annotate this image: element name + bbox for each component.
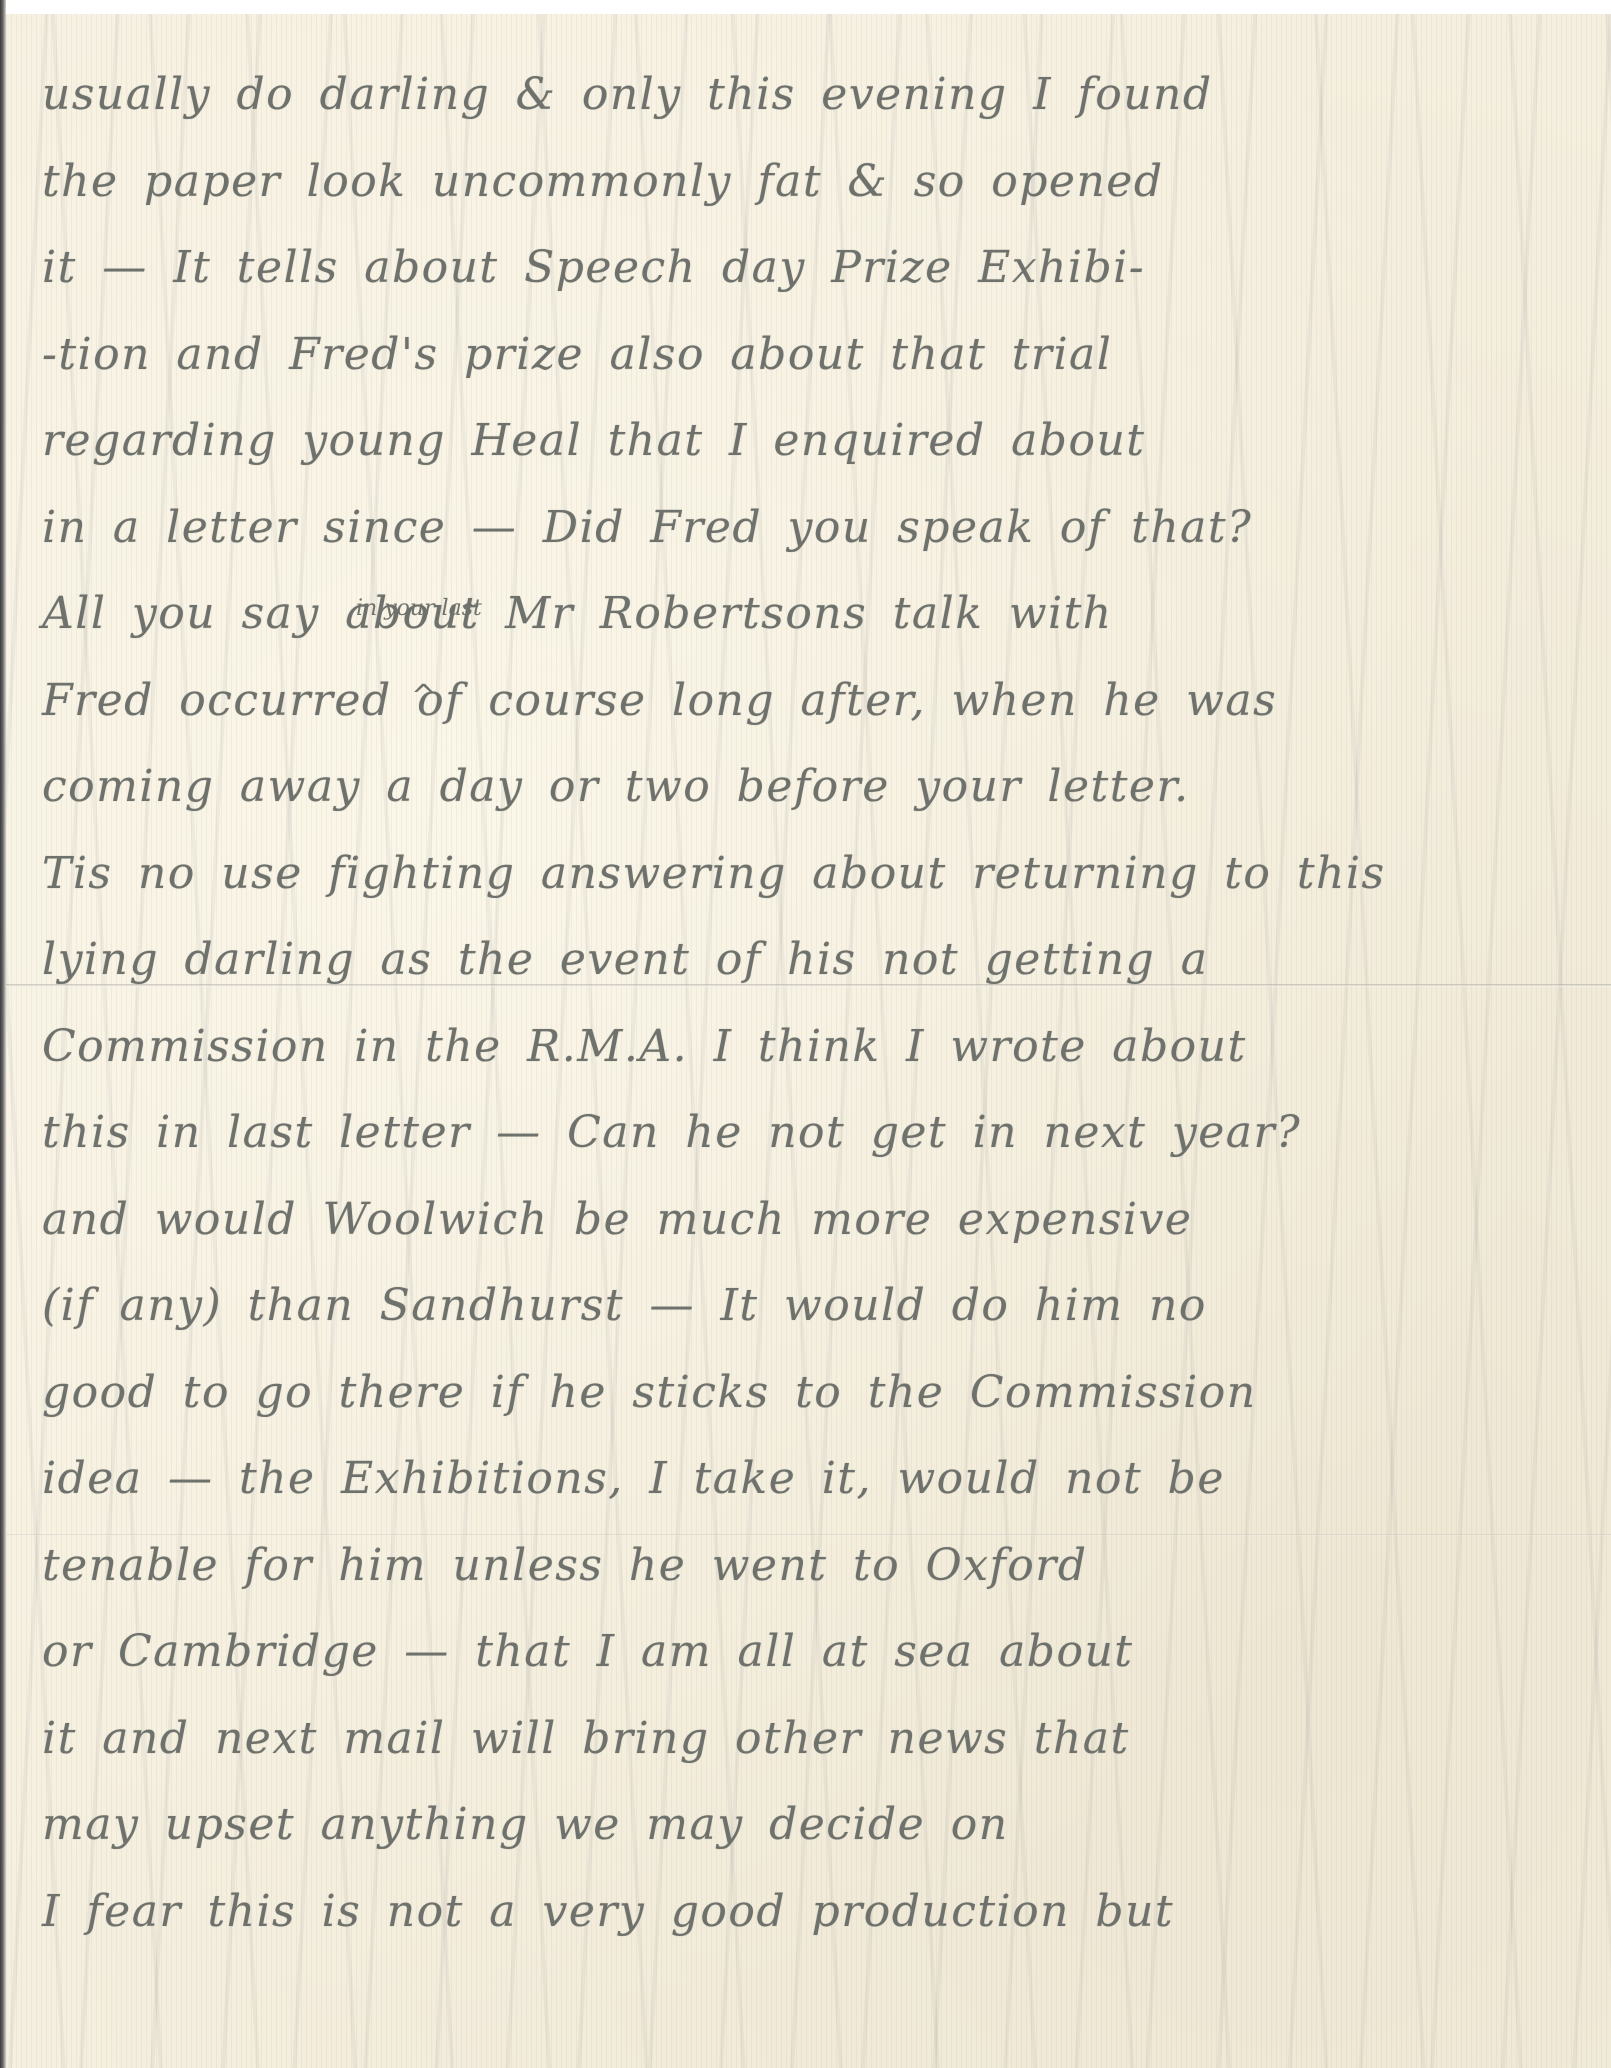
handwritten-line: and would Woolwich be much more expensiv… xyxy=(42,1177,1582,1264)
handwritten-line: or Cambridge — that I am all at sea abou… xyxy=(42,1609,1582,1696)
handwritten-line: tenable for him unless he went to Oxford xyxy=(42,1523,1582,1610)
interlinear-insertion: in your last xyxy=(356,596,482,621)
handwritten-line: Fred occurred of course long after, when… xyxy=(42,658,1582,745)
handwritten-line: I fear this is not a very good productio… xyxy=(42,1869,1582,1956)
handwritten-line: -tion and Fred's prize also about that t… xyxy=(42,312,1582,399)
handwritten-line: usually do darling & only this evening I… xyxy=(42,52,1582,139)
letter-page: usually do darling & only this evening I… xyxy=(6,14,1611,2068)
handwritten-line: it and next mail will bring other news t… xyxy=(42,1696,1582,1783)
insertion-caret-mark: ^ xyxy=(411,679,436,714)
handwritten-line: coming away a day or two before your let… xyxy=(42,744,1582,831)
handwritten-line: this in last letter — Can he not get in … xyxy=(42,1090,1582,1177)
handwritten-line: may upset anything we may decide on xyxy=(42,1782,1582,1869)
handwritten-line: regarding young Heal that I enquired abo… xyxy=(42,398,1582,485)
handwritten-line: idea — the Exhibitions, I take it, would… xyxy=(42,1436,1582,1523)
handwritten-line: in a letter since — Did Fred you speak o… xyxy=(42,485,1582,572)
handwritten-text-block: usually do darling & only this evening I… xyxy=(42,52,1582,1955)
scan-margin-top xyxy=(0,0,1611,14)
handwritten-line: good to go there if he sticks to the Com… xyxy=(42,1350,1582,1437)
handwritten-line: Commission in the R.M.A. I think I wrote… xyxy=(42,1004,1582,1091)
handwritten-line: it — It tells about Speech day Prize Exh… xyxy=(42,225,1582,312)
handwritten-line: (if any) than Sandhurst — It would do hi… xyxy=(42,1263,1582,1350)
handwritten-line: the paper look uncommonly fat & so opene… xyxy=(42,139,1582,226)
handwritten-line: lying darling as the event of his not ge… xyxy=(42,917,1582,1004)
handwritten-line: All you say about Mr Robertsons talk wit… xyxy=(42,571,1582,658)
handwritten-line: Tis no use fighting answering about retu… xyxy=(42,831,1582,918)
